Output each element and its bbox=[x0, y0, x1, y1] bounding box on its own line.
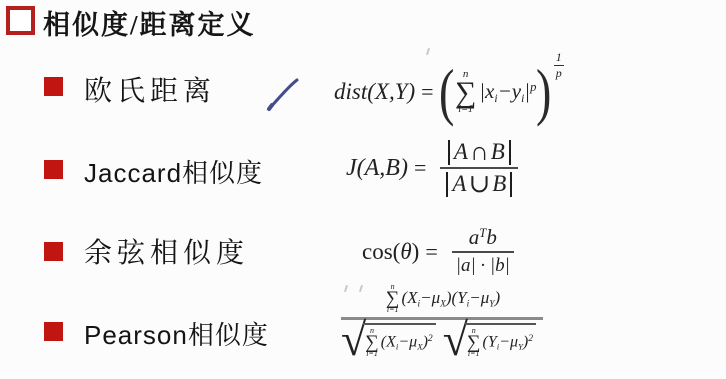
summation-block: n ∑ i=1 bbox=[467, 327, 481, 358]
pearson-denominator: √ n ∑ i=1 (Xi−μX)2 √ n bbox=[341, 322, 543, 358]
pearson-term-x: (Xi−μX)2 bbox=[381, 333, 433, 351]
cosine-numerator: aTb bbox=[461, 226, 505, 249]
euclidean-body: |xi−yi|p bbox=[479, 79, 536, 105]
union-icon: ∪ bbox=[468, 171, 490, 197]
minus-mu: −μ bbox=[420, 288, 440, 307]
abs-bar bbox=[509, 140, 511, 165]
pearson-fraction: n ∑ i=1 (Xi−μX) (Yi−μY) √ n ∑ i=1 bbox=[341, 283, 543, 358]
paren-y: (Y bbox=[452, 288, 467, 307]
slide-title: 相似度/距离定义 bbox=[43, 3, 256, 42]
sum-lower-limit: i=1 bbox=[468, 350, 480, 358]
sqrt-term-y: √ n ∑ i=1 (Yi−μY)2 bbox=[443, 322, 536, 358]
jaccard-lhs: J(A,B) bbox=[346, 155, 408, 182]
set-b: B bbox=[491, 139, 505, 164]
sigma-icon: ∑ bbox=[365, 335, 379, 350]
close-paren: ) bbox=[494, 288, 500, 307]
sum-lower-limit: i=1 bbox=[458, 105, 473, 115]
pearson-numerator: n ∑ i=1 (Xi−μX) (Yi−μY) bbox=[384, 283, 500, 314]
jaccard-denominator: A ∪ B bbox=[440, 171, 518, 197]
pearson-term-x: (Xi−μX) bbox=[401, 288, 451, 309]
row-label-cosine: 余弦相似度 bbox=[84, 231, 249, 271]
intersection-icon: ∩ bbox=[470, 139, 489, 165]
pearson-term-y: (Yi−μY) bbox=[452, 288, 501, 309]
sigma-icon: ∑ bbox=[386, 291, 400, 306]
cosine-lhs: cos(θ) bbox=[362, 239, 419, 265]
superscript-2: 2 bbox=[428, 333, 433, 344]
formula-euclidean: dist(X,Y) = ( n ∑ i=1 |xi−yi|p ) 1 p bbox=[334, 55, 564, 129]
paren-x: (X bbox=[381, 334, 396, 351]
cosine-fraction: aTb |a| · |b| bbox=[452, 226, 514, 278]
set-a: A bbox=[452, 171, 466, 196]
slide-canvas: 相似度/距离定义 欧氏距离 Jaccard相似度 余弦相似度 Pearson相似… bbox=[0, 0, 726, 379]
minus-mu: −μ bbox=[469, 288, 489, 307]
summation-block: n ∑ i=1 bbox=[455, 69, 476, 116]
cosine-denominator: |a| · |b| bbox=[452, 255, 514, 278]
exponent-denominator: p bbox=[556, 67, 562, 80]
row-label-pearson: Pearson相似度 bbox=[84, 315, 269, 352]
sigma-icon: ∑ bbox=[455, 80, 476, 106]
abs-bar bbox=[448, 140, 450, 165]
set-b: B bbox=[492, 171, 506, 196]
equals-sign: = bbox=[414, 155, 426, 181]
exponent-numerator: 1 bbox=[556, 51, 562, 64]
theta-symbol: θ bbox=[400, 239, 411, 264]
minus-mu: −μ bbox=[398, 334, 417, 351]
jaccard-numerator: A ∩ B bbox=[442, 139, 517, 165]
formula-pearson: n ∑ i=1 (Xi−μX) (Yi−μY) √ n ∑ i=1 bbox=[341, 283, 543, 358]
bullet-icon-jaccard bbox=[44, 160, 63, 179]
pen-annotation-stroke bbox=[263, 72, 307, 114]
pearson-term-y: (Yi−μY)2 bbox=[482, 333, 533, 351]
sum-lower-limit: i=1 bbox=[387, 306, 399, 314]
bullet-icon-cosine bbox=[44, 242, 63, 261]
abs-open: |x bbox=[479, 79, 494, 103]
sigma-icon: ∑ bbox=[467, 335, 481, 350]
formula-jaccard: J(A,B) = A ∩ B A ∪ B bbox=[346, 133, 518, 203]
cos-close: ) bbox=[412, 239, 420, 264]
left-paren: ( bbox=[439, 66, 454, 117]
title-square-outline-icon bbox=[6, 6, 35, 35]
bullet-icon-pearson bbox=[44, 322, 63, 341]
equals-sign: = bbox=[425, 239, 437, 265]
radical-content: n ∑ i=1 (Xi−μX)2 bbox=[363, 323, 435, 358]
row-label-euclidean: 欧氏距离 bbox=[84, 69, 216, 109]
sum-lower-limit: i=1 bbox=[366, 350, 378, 358]
abs-bar bbox=[446, 172, 448, 197]
paren-y: (Y bbox=[482, 334, 496, 351]
minus-mu: −μ bbox=[499, 334, 518, 351]
sqrt-term-x: √ n ∑ i=1 (Xi−μX)2 bbox=[341, 322, 436, 358]
row-label-jaccard: Jaccard相似度 bbox=[84, 153, 263, 190]
jaccard-fraction: A ∩ B A ∪ B bbox=[440, 139, 518, 197]
paren-x: (X bbox=[401, 288, 417, 307]
vector-a: a bbox=[469, 225, 480, 249]
formula-cosine: cos(θ) = aTb |a| · |b| bbox=[362, 220, 514, 284]
summation-block: n ∑ i=1 bbox=[365, 327, 379, 358]
cos-open: cos( bbox=[362, 239, 400, 264]
set-a: A bbox=[454, 139, 468, 164]
superscript-2: 2 bbox=[528, 333, 533, 344]
minus-y: −y bbox=[498, 79, 522, 103]
abs-bar bbox=[510, 172, 512, 197]
euclidean-lhs: dist(X,Y) bbox=[334, 79, 415, 105]
equals-sign: = bbox=[421, 79, 433, 105]
fraction-bar bbox=[452, 251, 514, 253]
bullet-icon-euclidean bbox=[44, 77, 63, 96]
vector-b: b bbox=[486, 225, 497, 249]
exponent-fraction: 1 p bbox=[554, 51, 564, 79]
radical-content: n ∑ i=1 (Yi−μY)2 bbox=[465, 323, 536, 358]
right-paren: ) bbox=[536, 66, 551, 117]
summation-block: n ∑ i=1 bbox=[386, 283, 400, 314]
